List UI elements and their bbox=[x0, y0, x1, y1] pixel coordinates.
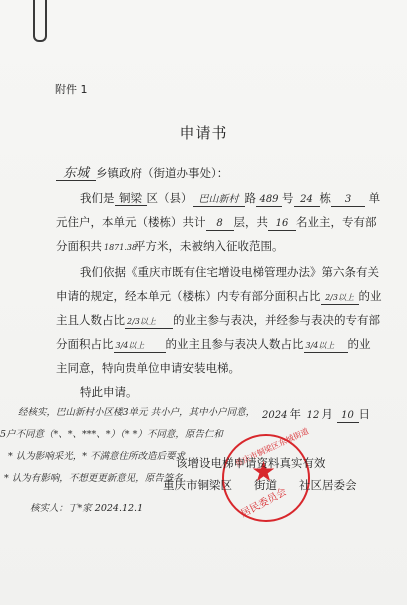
p2-line4-mid: 的业主且参与表决人数占比 bbox=[166, 337, 304, 351]
date-line: 2024年 12月 10日 bbox=[260, 406, 370, 423]
handwritten-verifier: 核实人：丁*家 2024.12.1 bbox=[30, 500, 143, 514]
p1-line3-prefix: 分面积共 bbox=[56, 239, 102, 253]
number-suffix: 号 bbox=[282, 191, 294, 205]
paragraph2-line1: 我们依据《重庆市既有住宅增设电梯管理办法》第六条有关 bbox=[80, 264, 379, 280]
owners-field: 16 bbox=[268, 217, 296, 231]
unit-field: 3 bbox=[331, 193, 365, 207]
ratio3-field: 3/4以上 bbox=[114, 339, 166, 353]
closing-text: 特此申请。 bbox=[80, 384, 138, 400]
cert-city: 重庆市铜梁区 bbox=[163, 478, 232, 492]
handwritten-note-4: * 认为有影响，不想更更新意见，原告签名 bbox=[4, 470, 183, 484]
certification-line1: 该增设电梯申请资料真实有效 bbox=[176, 455, 326, 471]
p2-line4-suffix: 的业 bbox=[348, 337, 371, 351]
addressee-suffix: 乡镇政府（街道办事处）： bbox=[96, 166, 228, 180]
paragraph2-line4: 分面积占比3/4以上的业主且参与表决人数占比3/4以上的业 bbox=[56, 336, 371, 353]
p1-line3-suffix: 平方米，未被纳入征收范围。 bbox=[134, 239, 284, 253]
road-field: 巴山新村 bbox=[193, 193, 245, 207]
district-field: 铜梁 bbox=[115, 192, 147, 206]
number-field: 489 bbox=[256, 193, 282, 207]
date-month-suffix: 月 bbox=[321, 407, 333, 421]
owners-suffix: 名业主，专有部 bbox=[296, 215, 377, 229]
ratio4-field: 3/4以上 bbox=[304, 339, 348, 353]
district-suffix: 区（县） bbox=[147, 191, 193, 205]
paperclip-icon bbox=[33, 0, 47, 42]
area-field: 1871.38 bbox=[102, 241, 134, 254]
p1-line2-prefix: 元住户，本单元（楼栋）共计 bbox=[56, 215, 206, 229]
road-suffix: 路 bbox=[245, 191, 257, 205]
ratio2-field: 2/3以上 bbox=[125, 315, 173, 329]
paragraph1-line3: 分面积共1871.38平方米，未被纳入征收范围。 bbox=[56, 238, 284, 254]
handwritten-note-1: 经核实，巴山新村小区楼3单元 共小户，其中小户同意， bbox=[18, 404, 255, 418]
paragraph1-line2: 元住户，本单元（楼栋）共计8层，共16名业主，专有部 bbox=[56, 214, 377, 231]
certification-line2: 重庆市铜梁区街道社区居委会 bbox=[163, 477, 357, 493]
date-year-suffix: 年 bbox=[289, 407, 301, 421]
date-month: 12 bbox=[305, 409, 322, 422]
paragraph2-line2: 申请的规定，经本单元（楼栋）内专有部分面积占比2/3以上的业 bbox=[56, 288, 382, 305]
handwritten-note-2: 5户不同意（*、*、***、*）（* *）不同意，原告仁和 bbox=[0, 426, 223, 440]
date-day-suffix: 日 bbox=[359, 407, 371, 421]
ratio1-field: 2/3以上 bbox=[321, 291, 359, 305]
paragraph2-line5: 主同意，特向贵单位申请安装电梯。 bbox=[56, 360, 240, 376]
p2-line2-suffix: 的业 bbox=[359, 289, 382, 303]
building-field: 24 bbox=[294, 193, 320, 207]
p2-line4-prefix: 分面积占比 bbox=[56, 337, 114, 351]
p2-line3-suffix: 的业主参与表决，并经参与表决的专有部 bbox=[173, 313, 380, 327]
p2-line3-prefix: 主且人数占比 bbox=[56, 313, 125, 327]
document-title: 申请书 bbox=[0, 122, 407, 143]
addressee-name: 东城 bbox=[56, 167, 96, 181]
building-suffix: 栋 bbox=[320, 191, 332, 205]
paragraph1-line1: 我们是铜梁区（县）巴山新村路489号24栋3 单 bbox=[80, 190, 380, 207]
attachment-label: 附件 1 bbox=[55, 81, 88, 97]
document-page: 附件 1 申请书 东城乡镇政府（街道办事处）： 我们是铜梁区（县）巴山新村路48… bbox=[0, 0, 407, 605]
date-year: 2024 bbox=[260, 409, 289, 422]
cert-street: 街道 bbox=[254, 478, 277, 492]
floors-suffix: 层，共 bbox=[234, 215, 269, 229]
cert-committee: 社区居委会 bbox=[299, 478, 357, 492]
unit-suffix: 单 bbox=[369, 191, 381, 205]
handwritten-note-3: * 认为影响采光，* 不满意住所改造后要求 bbox=[8, 448, 185, 462]
floors-field: 8 bbox=[206, 217, 234, 231]
paragraph2-line3: 主且人数占比2/3以上的业主参与表决，并经参与表决的专有部 bbox=[56, 312, 380, 329]
p2-line2-prefix: 申请的规定，经本单元（楼栋）内专有部分面积占比 bbox=[56, 289, 321, 303]
date-day: 10 bbox=[337, 409, 359, 423]
addressee-line: 东城乡镇政府（街道办事处）： bbox=[56, 165, 228, 181]
p1-prefix: 我们是 bbox=[80, 191, 115, 205]
